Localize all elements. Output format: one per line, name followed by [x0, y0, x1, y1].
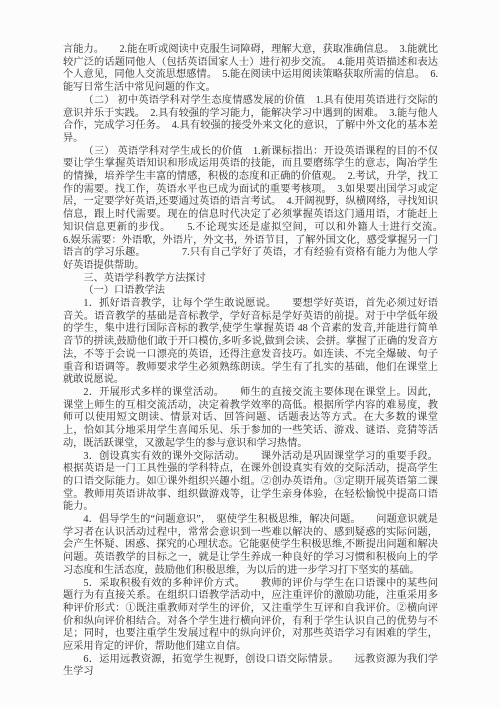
subsection-heading: （一）口语教学法	[63, 285, 438, 298]
paragraph: （二） 初中英语学科对学生态度情感发展的价值 1.具有使用英语进行交际的意识并乐…	[63, 95, 438, 146]
paragraph: 2．开展形式多样的课堂活动。 师生的直接交流主要体现在课堂上。因此，课堂上师生的…	[63, 387, 438, 451]
section-heading: 三、英语学科教学方法探讨	[63, 273, 438, 286]
paragraph: （三） 英语学科对学生成长的价值 1.新课标指出：开设英语课程的目的不仅要让学生…	[63, 146, 438, 273]
paragraph: 4．倡导学生的“问题意识”， 驱使学生积极思维，解决问题。 问题意识就是学习者在…	[63, 514, 438, 578]
document-page: 言能力。 2.能在听或阅读中克服生词障碍，理解大意，获取准确信息。 3.能就比较…	[0, 0, 500, 707]
paragraph: 3．创设真实有效的课外交际活动。 课外活动是巩固课堂学习的重要手段。根据英语是一…	[63, 451, 438, 515]
paragraph: 言能力。 2.能在听或阅读中克服生词障碍，理解大意，获取准确信息。 3.能就比较…	[63, 44, 438, 95]
paragraph: 6．运用远教资源，拓宽学生视野，创设口语交际情景。 远教资源为我们学生学习	[63, 654, 438, 679]
paragraph: 5．采取积极有效的多种评价方式。 教师的评价与学生在口语课中的某些问题行为有直接…	[63, 578, 438, 654]
paragraph: 1．抓好语音教学，让每个学生敢说愿说。 要想学好英语，首先必须过好语音关。语音教…	[63, 298, 438, 387]
